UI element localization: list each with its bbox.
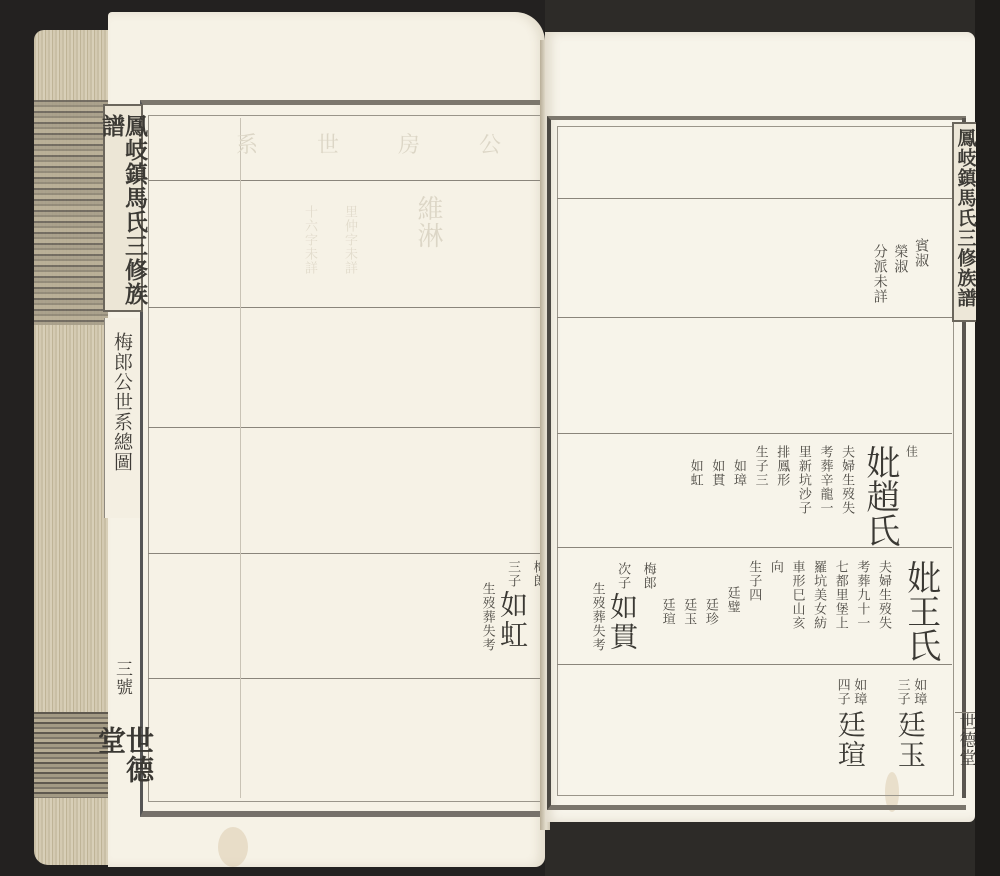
paper-stain bbox=[218, 827, 248, 867]
entry-note-line: 夫婦生歿失 bbox=[839, 445, 853, 515]
entry-binshu: 賓淑 榮淑 分派未詳 bbox=[872, 238, 928, 304]
entry-name: 妣趙氏 bbox=[861, 445, 897, 547]
left-hall-strip: 世德堂 bbox=[104, 726, 144, 804]
entry-name: 妣王氏 bbox=[902, 560, 938, 662]
entry-tingxuan: 如璋 四子 廷瑄 bbox=[835, 678, 865, 770]
entry-child: 如虹 bbox=[688, 459, 702, 487]
grid-line bbox=[557, 547, 952, 548]
entry-note-line: 考葬九十一 bbox=[855, 560, 869, 630]
grid-line bbox=[557, 317, 952, 318]
entry-note-line: 車形巳山亥 bbox=[790, 560, 804, 630]
entry-name: 榮淑 bbox=[893, 244, 908, 304]
entry-note-line: 七都里堡上 bbox=[833, 560, 847, 630]
grid-line bbox=[148, 427, 540, 428]
left-section-strip: 梅郎公世系總圖 bbox=[104, 318, 140, 518]
grid-line bbox=[557, 664, 952, 665]
entry-child: 廷瑄 bbox=[660, 598, 674, 626]
entry-ruhong-left: 梅郎 三子 如虹 生歿葬失考 bbox=[480, 560, 545, 656]
hall-name: 世德堂 bbox=[96, 726, 152, 804]
entry-relation: 三子 bbox=[506, 560, 520, 588]
entry-note-wrap: 生歿葬失考 bbox=[480, 560, 494, 656]
right-hall-strip: 世德堂 bbox=[955, 712, 975, 795]
right-spine-title: 鳳岐鎮馬氏三修族譜 bbox=[952, 122, 976, 322]
genealogy-title: 鳳岐鎮馬氏三修族譜 bbox=[956, 128, 975, 320]
entry-note-line: 羅坑美女紡 bbox=[811, 560, 825, 630]
grid-line bbox=[557, 198, 952, 199]
grid-line bbox=[148, 307, 540, 308]
entry-note-line: 排鳳形 bbox=[775, 445, 789, 487]
entry-header: 如璋 四子 bbox=[835, 678, 865, 706]
bleedthrough-text: 十六字未詳 bbox=[300, 205, 319, 295]
genealogy-title: 鳳岐鎮馬氏三修族譜 bbox=[100, 114, 146, 310]
entry-note-line: 夫婦生歿失 bbox=[876, 560, 890, 630]
grid-line-vertical bbox=[240, 118, 241, 798]
entry-children-label: 生子三 bbox=[753, 445, 767, 487]
entry-child: 廷珍 bbox=[703, 598, 717, 626]
entry-child: 如璋 bbox=[731, 459, 745, 487]
entry-name: 廷玉 bbox=[895, 710, 924, 770]
entry-note-line: 向 bbox=[768, 560, 782, 574]
entry-note-wrap: 生歿葬失考 bbox=[590, 562, 604, 656]
hall-name: 世德堂 bbox=[957, 713, 974, 795]
entry-marker: 佳 bbox=[905, 445, 918, 458]
bleedthrough-text: 維淋 bbox=[410, 195, 447, 249]
entry-zhao-wife: 佳 妣趙氏 夫婦生歿失 考葬辛龍一 里新坑沙子 排鳳形 生子三 如璋 如貫 如虹 bbox=[688, 445, 917, 547]
entry-name: 賓淑 bbox=[913, 238, 928, 268]
entry-name: 如貫 bbox=[608, 592, 637, 652]
volume-number: 三號 bbox=[110, 660, 135, 696]
entry-note-line: 里新坑沙子 bbox=[796, 445, 810, 515]
entry-note: 生歿葬失考 bbox=[590, 582, 604, 652]
scanned-book-scene: 系 世 房 公 郎 梅 十六字未詳 里仲字未詳 維淋 鳳岐鎮馬氏三修族譜 梅郎公… bbox=[0, 0, 1000, 876]
entry-body: 三子 如虹 bbox=[498, 560, 527, 650]
entry-ruguan: 梅郎 次子 如貫 生歿葬失考 bbox=[590, 562, 655, 656]
entry-children-label: 生子四 bbox=[747, 560, 761, 602]
entry-child: 廷玉 bbox=[682, 598, 696, 626]
entry-tingyu: 如璋 三子 廷玉 bbox=[895, 678, 925, 770]
grid-line bbox=[148, 553, 540, 554]
section-title: 梅郎公世系總圖 bbox=[109, 332, 136, 518]
entry-name: 如虹 bbox=[498, 590, 527, 650]
entry-relation-top: 如璋 bbox=[852, 678, 866, 706]
entry-note: 分派未詳 bbox=[872, 244, 887, 304]
entry-child: 廷璧 bbox=[725, 586, 739, 614]
entry-body: 榮淑 分派未詳 bbox=[872, 238, 907, 304]
backdrop-shadow bbox=[975, 0, 1000, 876]
volume-label: 三號 bbox=[110, 660, 136, 700]
grid-line bbox=[148, 678, 540, 679]
left-spine-title: 鳳岐鎮馬氏三修族譜 bbox=[103, 104, 143, 312]
entry-name: 廷瑄 bbox=[835, 710, 864, 770]
grid-line bbox=[557, 433, 952, 434]
entry-child: 如貫 bbox=[710, 459, 724, 487]
entry-relation: 三子 bbox=[895, 678, 909, 706]
entry-note-line: 考葬辛龍一 bbox=[818, 445, 832, 515]
entry-wang-wife: 妣王氏 夫婦生歿失 考葬九十一 七都里堡上 羅坑美女紡 車形巳山亥 向 生子四 … bbox=[660, 560, 938, 662]
entry-header: 如璋 三子 bbox=[895, 678, 925, 706]
entry-relation-top: 梅郎 bbox=[641, 562, 655, 590]
entry-note: 生歿葬失考 bbox=[480, 582, 494, 652]
grid-line bbox=[148, 180, 540, 181]
entry-relation: 次子 bbox=[616, 562, 630, 590]
bleedthrough-text: 里仲字未詳 bbox=[340, 205, 359, 295]
entry-relation-top: 如璋 bbox=[912, 678, 926, 706]
entry-body: 次子 如貫 bbox=[608, 562, 637, 652]
entry-relation: 四子 bbox=[835, 678, 849, 706]
